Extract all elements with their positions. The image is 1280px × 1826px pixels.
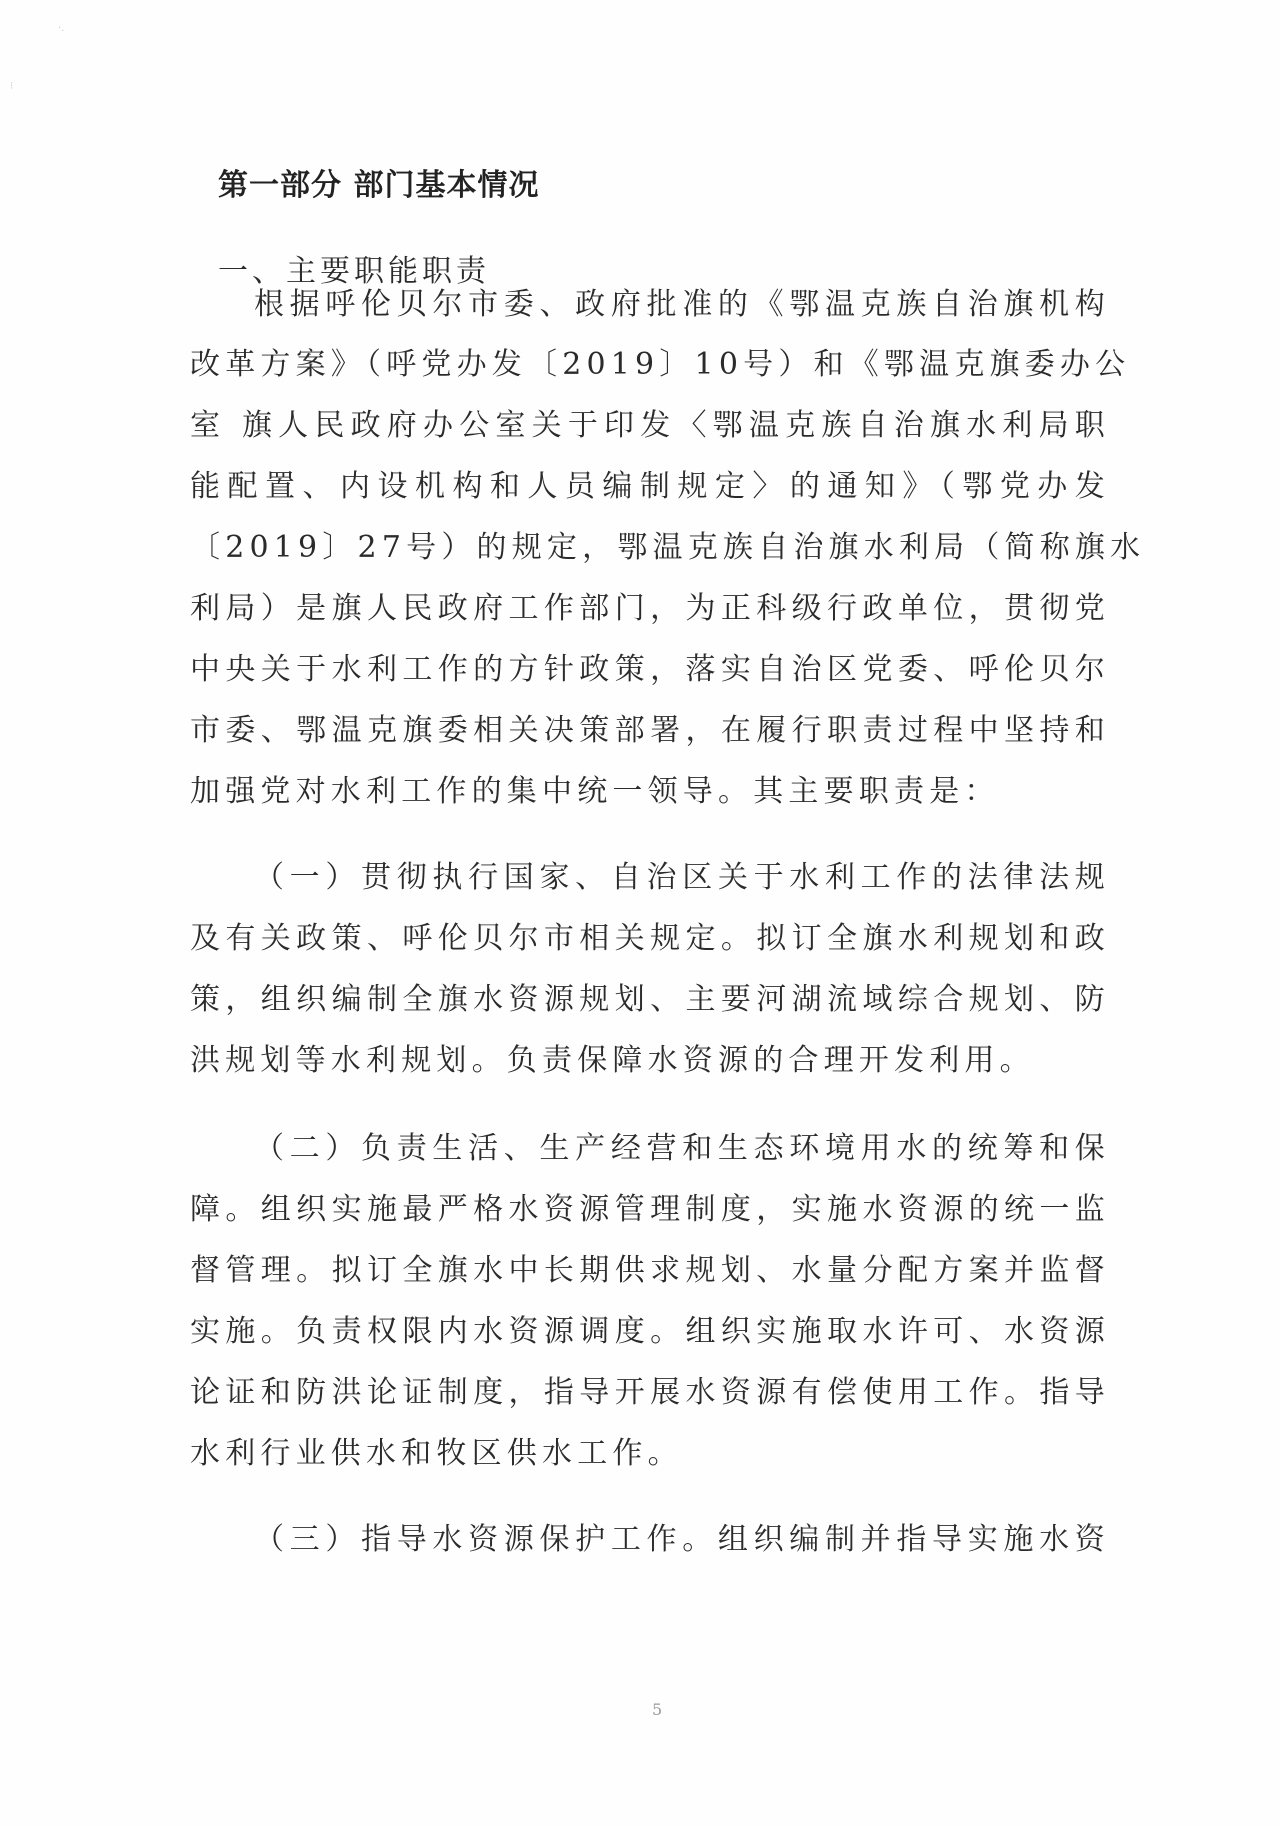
item-1-line: 策，组织编制全旗水资源规划、主要河湖流域综合规划、防 [190, 980, 1110, 1020]
item-2-line: 督管理。拟订全旗水中长期供求规划、水量分配方案并监督 [190, 1251, 1110, 1291]
item-1-line: （一）贯彻执行国家、自治区关于水利工作的法律法规 [254, 858, 1110, 898]
paragraph-line: 改革方案》（呼党办发〔2019〕10号）和《鄂温克旗委办公 [190, 345, 1110, 385]
paragraph-line: 中央关于水利工作的方针政策，落实自治区党委、呼伦贝尔 [190, 650, 1110, 690]
paragraph-line: 市委、鄂温克旗委相关决策部署，在履行职责过程中坚持和 [190, 711, 1110, 751]
part-title: 第一部分 部门基本情况 [218, 160, 539, 204]
item-2-line: 实施。负责权限内水资源调度。组织实施取水许可、水资源 [190, 1312, 1110, 1352]
scan-artifact-mark: ⁝ [10, 82, 13, 92]
section-title: 一、主要职能职责 [218, 246, 490, 290]
item-2-line: 水利行业供水和牧区供水工作。 [190, 1434, 683, 1474]
page-number: 5 [652, 1700, 662, 1719]
paragraph-line: 能配置、内设机构和人员编制规定〉的通知》（鄂党办发 [190, 467, 1110, 507]
item-1-line: 及有关政策、呼伦贝尔市相关规定。拟订全旗水利规划和政 [190, 919, 1110, 959]
item-2-line: （二）负责生活、生产经营和生态环境用水的统筹和保 [254, 1129, 1110, 1169]
paragraph-line: 利局）是旗人民政府工作部门，为正科级行政单位，贯彻党 [190, 589, 1110, 629]
paragraph-line: 加强党对水利工作的集中统一领导。其主要职责是： [190, 772, 1000, 812]
paragraph-line: 室 旗人民政府办公室关于印发〈鄂温克族自治旗水利局职 [190, 406, 1110, 446]
document-page: ·. ⁝ 第一部分 部门基本情况 一、主要职能职责 根据呼伦贝尔市委、政府批准的… [0, 0, 1280, 1826]
item-2-line: 论证和防洪论证制度，指导开展水资源有偿使用工作。指导 [190, 1373, 1110, 1413]
scan-artifact-mark: ·. [58, 24, 64, 34]
item-1-line: 洪规划等水利规划。负责保障水资源的合理开发利用。 [190, 1041, 1035, 1081]
item-2-line: 障。组织实施最严格水资源管理制度，实施水资源的统一监 [190, 1190, 1110, 1230]
paragraph-line: 根据呼伦贝尔市委、政府批准的《鄂温克族自治旗机构 [254, 285, 1110, 325]
item-3-line: （三）指导水资源保护工作。组织编制并指导实施水资 [254, 1520, 1110, 1560]
paragraph-line: 〔2019〕27号）的规定，鄂温克族自治旗水利局（简称旗水 [190, 528, 1110, 568]
